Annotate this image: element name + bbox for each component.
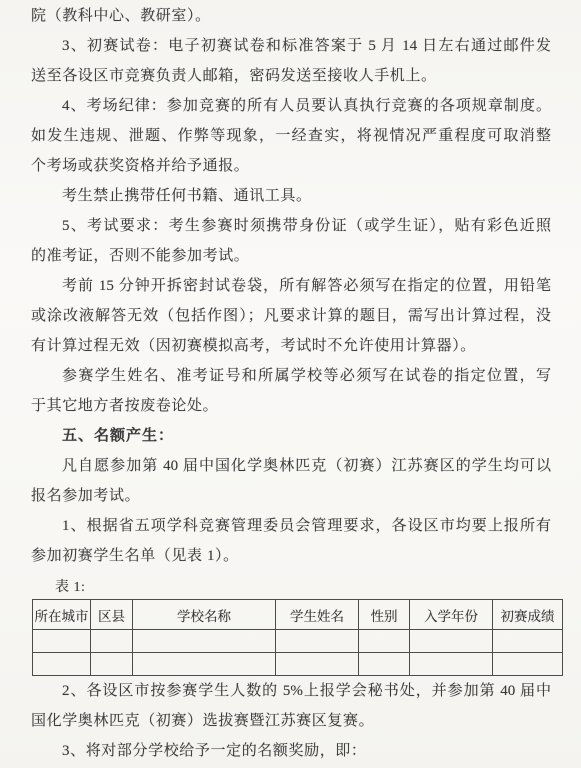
- text-line: 5、考试要求：考生参赛时须携带身份证（或学生证），贴有彩色近照: [31, 211, 551, 241]
- roster-table-empty-row: [33, 630, 563, 653]
- roster-table-cell: [33, 653, 91, 676]
- text-line: 国化学奥林匹克（初赛）选拔赛暨江苏赛区复赛。: [31, 706, 551, 736]
- roster-table-cell: [133, 653, 276, 676]
- roster-table-cell: [359, 630, 410, 653]
- text-line: 院（教科中心、教研室）。: [31, 1, 551, 31]
- roster-table-header-row: 所在城市区县学校名称学生姓名性别入学年份初赛成绩: [33, 600, 563, 630]
- text-line: 的准考证，否则不能参加考试。: [31, 241, 551, 271]
- text-line: 凡自愿参加第 40 届中国化学奥林匹克（初赛）江苏赛区的学生均可以: [31, 451, 551, 481]
- roster-table: 所在城市区县学校名称学生姓名性别入学年份初赛成绩: [32, 599, 563, 676]
- roster-table-cell: [276, 630, 359, 653]
- text-line: 2、各设区市按参赛学生人数的 5%上报学会秘书处，并参加第 40 届中: [31, 676, 551, 706]
- text-line: 有计算过程无效（因初赛模拟高考，考试时不允许使用计算器）。: [31, 331, 551, 361]
- text-line: 如发生违规、泄题、作弊等现象，一经查实，将视情况严重程度可取消整: [31, 121, 551, 151]
- roster-table-header-cell: 性别: [359, 600, 410, 630]
- roster-table-cell: [359, 653, 410, 676]
- text-line: 1、根据省五项学科竞赛管理委员会管理要求，各设区市均要上报所有: [31, 511, 551, 541]
- roster-table-cell: [410, 630, 493, 653]
- roster-table-header-cell: 初赛成绩: [493, 600, 563, 630]
- text-line: 考前 15 分钟开拆密封试卷袋，所有解答必须写在指定的位置，用铅笔: [31, 271, 551, 301]
- text-line: 参赛学生姓名、准考证号和所属学校等必须写在试卷的指定位置，写: [31, 361, 551, 391]
- text-line: 报名参加考试。: [31, 481, 551, 511]
- text-line: 个考场或获奖资格并给予通报。: [31, 151, 551, 181]
- scanned-document-page: 院（教科中心、教研室）。3、初赛试卷：电子初赛试卷和标准答案于 5 月 14 日…: [0, 0, 581, 768]
- text-line: 3、将对部分学校给予一定的名额奖励，即：: [31, 736, 551, 766]
- table-1-label: 表 1:: [55, 579, 551, 597]
- roster-table-cell: [410, 653, 493, 676]
- text-line: 于其它地方者按废卷论处。: [31, 391, 551, 421]
- roster-table-header-cell: 区县: [91, 600, 133, 630]
- roster-table-cell: [493, 653, 563, 676]
- roster-table-header-cell: 学生姓名: [276, 600, 359, 630]
- text-line: 考生禁止携带任何书籍、通讯工具。: [31, 181, 551, 211]
- roster-table-header-cell: 入学年份: [410, 600, 493, 630]
- roster-table-cell: [91, 653, 133, 676]
- text-line: 参加初赛学生名单（见表 1）。: [31, 541, 551, 571]
- roster-table-header-cell: 学校名称: [133, 600, 276, 630]
- roster-table-cell: [133, 630, 276, 653]
- text-line: 或涂改液解答无效（包括作图）；凡要求计算的题目，需写出计算过程，没: [31, 301, 551, 331]
- text-line: 4、考场纪律：参加竞赛的所有人员要认真执行竞赛的各项规章制度。: [31, 91, 551, 121]
- roster-table-cell: [493, 630, 563, 653]
- roster-table-empty-row: [33, 653, 563, 676]
- roster-table-cell: [33, 630, 91, 653]
- text-line: 送至各设区市竞赛负责人邮箱，密码发送至接收人手机上。: [31, 61, 551, 91]
- text-line: 3、初赛试卷：电子初赛试卷和标准答案于 5 月 14 日左右通过邮件发: [31, 31, 551, 61]
- roster-table-cell: [276, 653, 359, 676]
- roster-table-cell: [91, 630, 133, 653]
- section-heading: 五、名额产生：: [31, 421, 551, 451]
- roster-table-header-cell: 所在城市: [33, 600, 91, 630]
- document-body: 院（教科中心、教研室）。3、初赛试卷：电子初赛试卷和标准答案于 5 月 14 日…: [0, 0, 581, 766]
